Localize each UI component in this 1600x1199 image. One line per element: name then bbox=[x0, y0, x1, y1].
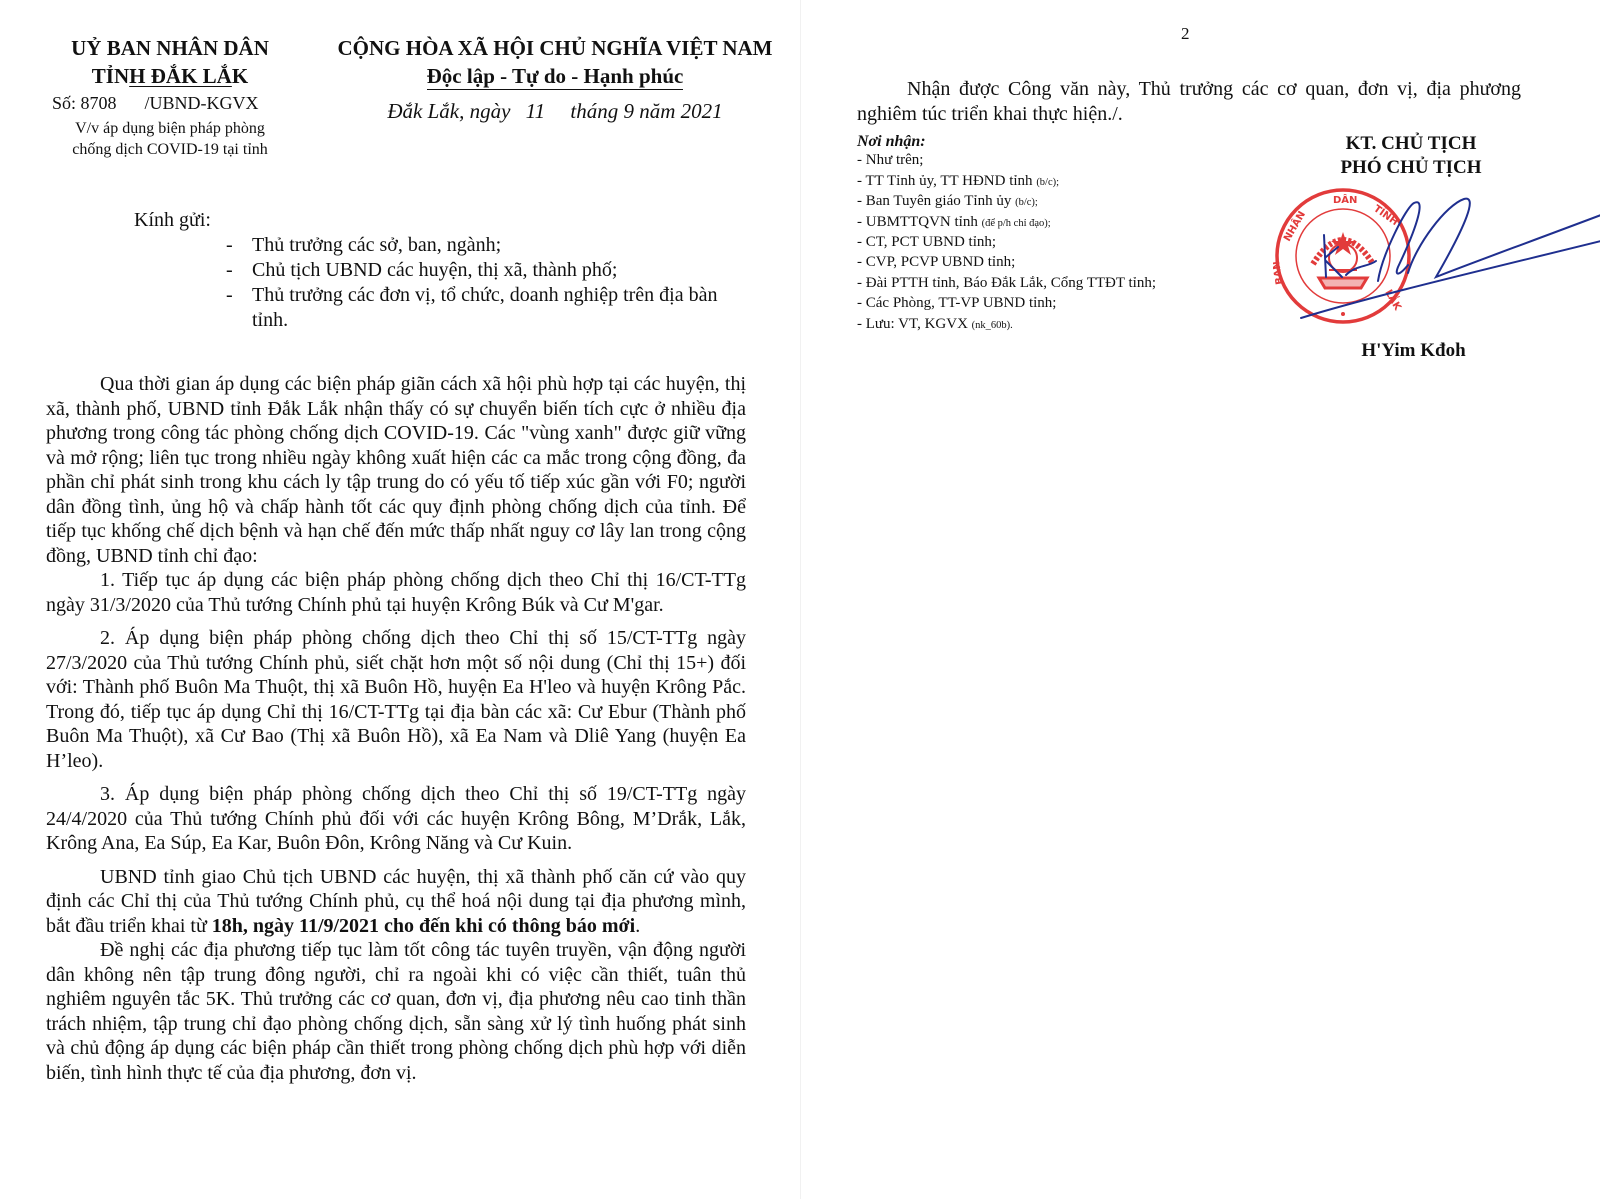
closing-statement: Nhận được Công văn này, Thủ trưởng các c… bbox=[857, 77, 1521, 126]
nation-title: CỘNG HÒA XÃ HỘI CHỦ NGHĨA VIỆT NAM bbox=[330, 34, 780, 62]
body-paragraph-final: Đề nghị các địa phương tiếp tục làm tốt … bbox=[46, 938, 746, 1085]
recipient-item: Thủ trưởng các đơn vị, tổ chức, doanh ng… bbox=[222, 283, 742, 333]
distribution-item: - CVP, PCVP UBND tỉnh; bbox=[857, 253, 1257, 273]
signer-title-line1: KT. CHỦ TỊCH bbox=[1301, 132, 1521, 156]
distribution-item: - Như trên; bbox=[857, 151, 1257, 171]
distribution-item: - UBMTTQVN tỉnh (để p/h chỉ đạo); bbox=[857, 213, 1257, 233]
recipient-item: Chủ tịch UBND các huyện, thị xã, thành p… bbox=[222, 258, 742, 283]
distribution-item: - Các Phòng, TT-VP UBND tỉnh; bbox=[857, 294, 1257, 314]
salutation: Kính gửi: bbox=[134, 208, 211, 233]
recipient-item: Thủ trưởng các sở, ban, ngành; bbox=[222, 233, 742, 258]
page-number: 2 bbox=[1181, 24, 1190, 44]
distribution-items: - Như trên;- TT Tỉnh ủy, TT HĐND tỉnh (b… bbox=[857, 151, 1257, 335]
distribution-list: Nơi nhận: - Như trên;- TT Tỉnh ủy, TT HĐ… bbox=[857, 133, 1257, 335]
signer-title-line2: PHÓ CHỦ TỊCH bbox=[1301, 156, 1521, 180]
agency-name-line1: UỶ BAN NHÂN DÂN bbox=[20, 34, 320, 62]
handwritten-signature-icon bbox=[1296, 185, 1600, 335]
distribution-item: - Đài PTTH tỉnh, Báo Đắk Lắk, Cổng TTĐT … bbox=[857, 274, 1257, 294]
svg-text:BAN: BAN bbox=[1273, 260, 1286, 285]
distribution-item: - Lưu: VT, KGVX (nk_60b). bbox=[857, 315, 1257, 335]
deadline-highlight: 18h, ngày 11/9/2021 cho đến khi có thông… bbox=[212, 915, 635, 937]
distribution-item: - TT Tỉnh ủy, TT HĐND tỉnh (b/c); bbox=[857, 172, 1257, 192]
document-page-1: UỶ BAN NHÂN DÂN TỈNH ĐẮK LẮK Số: 8708/UB… bbox=[0, 0, 800, 1199]
body-paragraph-item-2: 2. Áp dụng biện pháp phòng chống dịch th… bbox=[46, 626, 746, 773]
body-paragraph-item-3: 3. Áp dụng biện pháp phòng chống dịch th… bbox=[46, 782, 746, 856]
distribution-item: - CT, PCT UBND tỉnh; bbox=[857, 233, 1257, 253]
document-page-2: 2 Nhận được Công văn này, Thủ trưởng các… bbox=[800, 0, 1600, 1199]
body-paragraph-intro: Qua thời gian áp dụng các biện pháp giãn… bbox=[46, 372, 746, 568]
document-number: Số: 8708/UBND-KGVX bbox=[20, 90, 320, 116]
national-motto: Độc lập - Tự do - Hạnh phúc bbox=[330, 62, 780, 90]
national-header: CỘNG HÒA XÃ HỘI CHỦ NGHĨA VIỆT NAM Độc l… bbox=[330, 34, 780, 126]
body-paragraph-deadline: UBND tỉnh giao Chủ tịch UBND các huyện, … bbox=[46, 865, 746, 939]
body-paragraph-item-1: 1. Tiếp tục áp dụng các biện pháp phòng … bbox=[46, 568, 746, 617]
signature-title-block: KT. CHỦ TỊCH PHÓ CHỦ TỊCH bbox=[1301, 132, 1521, 180]
agency-name-line2: TỈNH ĐẮK LẮK bbox=[20, 62, 320, 90]
recipient-list: Thủ trưởng các sở, ban, ngành; Chủ tịch … bbox=[222, 233, 742, 333]
document-body: Qua thời gian áp dụng các biện pháp giãn… bbox=[46, 372, 746, 1085]
distribution-title: Nơi nhận: bbox=[857, 133, 1257, 151]
document-subject: V/v áp dụng biện pháp phòng chống dịch C… bbox=[20, 118, 320, 160]
document-date: Đắk Lắk, ngày 11 tháng 9 năm 2021 bbox=[330, 96, 780, 126]
distribution-item: - Ban Tuyên giáo Tỉnh ủy (b/c); bbox=[857, 192, 1257, 212]
issuing-agency-header: UỶ BAN NHÂN DÂN TỈNH ĐẮK LẮK Số: 8708/UB… bbox=[20, 34, 320, 160]
signer-name: H'Yim Kđoh bbox=[1321, 340, 1506, 362]
